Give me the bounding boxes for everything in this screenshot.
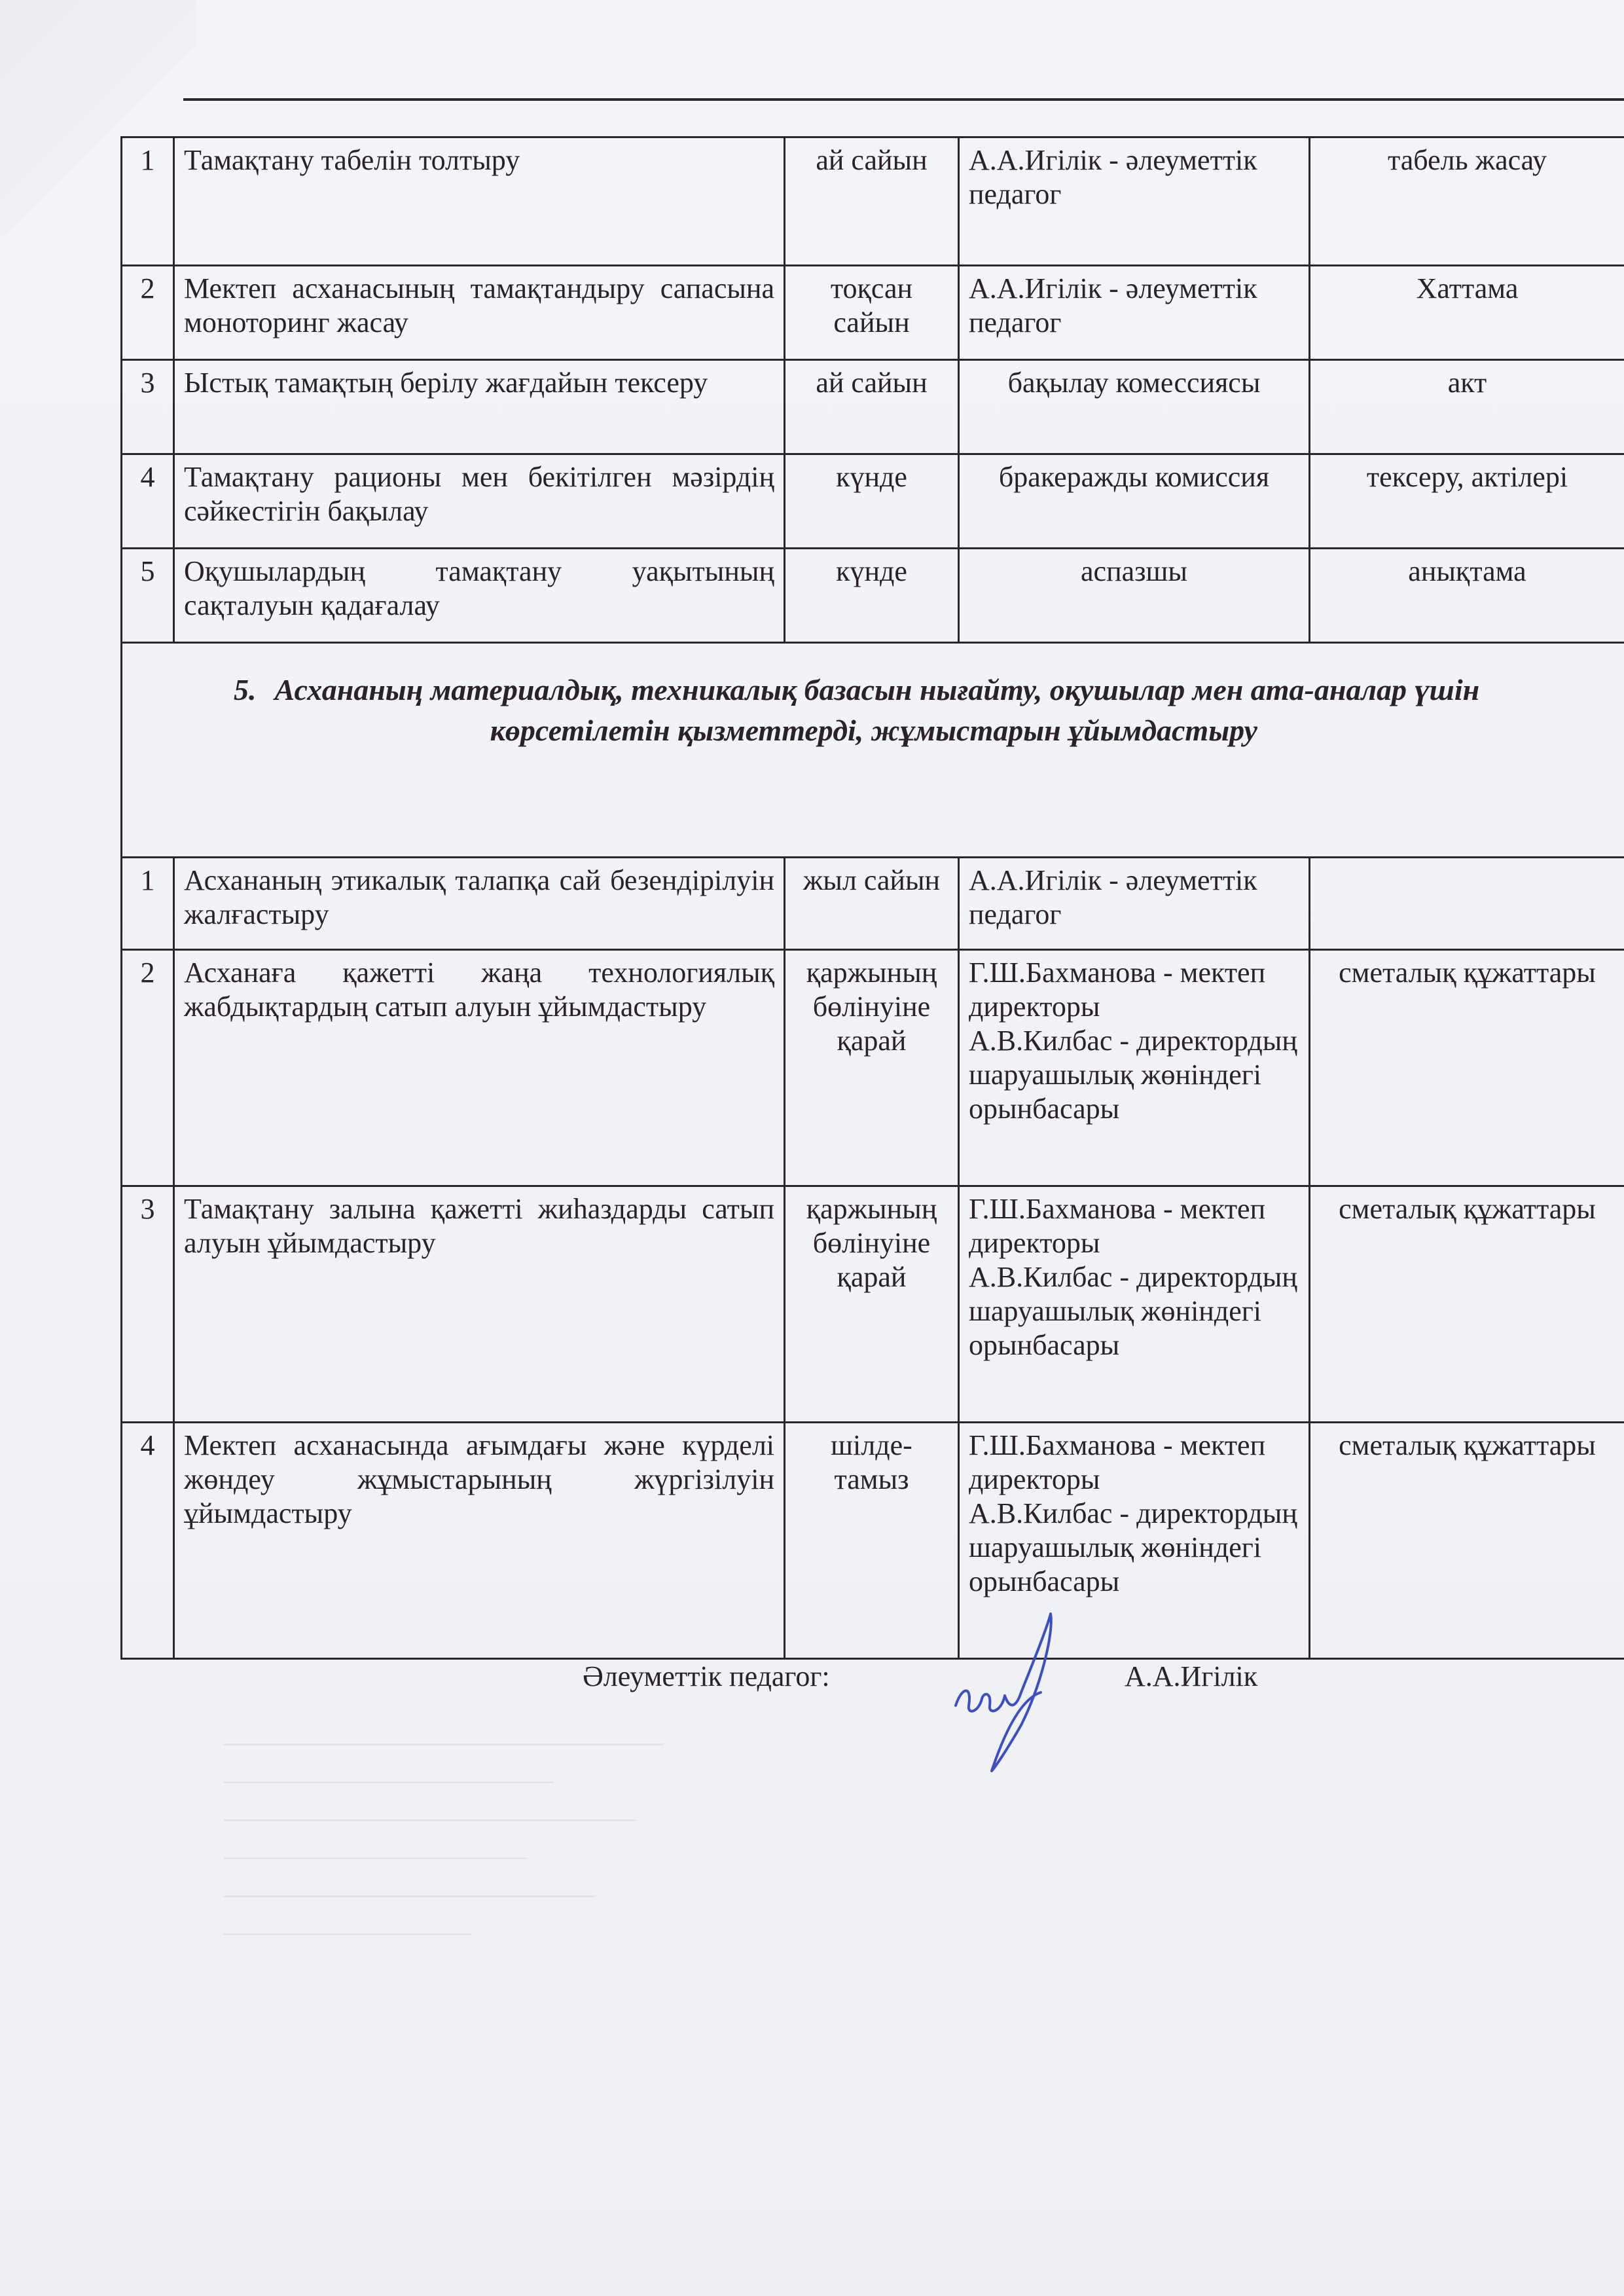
result-cell: сметалық құжаттары	[1310, 950, 1624, 1186]
table-row: 4 Тамақтану рационы мен бекітілген мәзір…	[122, 454, 1624, 549]
row-number: 2	[122, 266, 174, 360]
table-row: 3 Ыстық тамақтың берілу жағдайын тексеру…	[122, 360, 1624, 454]
task-cell: Мектеп асханасында ағымдағы және күрделі…	[174, 1423, 785, 1659]
row-number: 5	[122, 549, 174, 643]
row-number: 3	[122, 360, 174, 454]
handwritten-signature-icon	[943, 1607, 1074, 1777]
table-row: 1 Асхананың этикалық талапқа сай безенді…	[122, 858, 1624, 950]
period-cell: қаржының бөлінуіне қарай	[785, 950, 959, 1186]
task-cell: Асханаға қажетті жаңа технологиялық жабд…	[174, 950, 785, 1186]
result-cell: сметалық құжаттары	[1310, 1186, 1624, 1423]
responsible-cell: аспазшы	[959, 549, 1310, 643]
table-row: 5 Оқушылардың тамақтану уақытының сақтал…	[122, 549, 1624, 643]
row-number: 2	[122, 950, 174, 1186]
row-number: 4	[122, 1423, 174, 1659]
result-cell: табель жасау	[1310, 137, 1624, 266]
responsible-director: Г.Ш.Бахманова - мектеп директоры	[969, 956, 1299, 1024]
row-number: 3	[122, 1186, 174, 1423]
signatory-role: Әлеуметтік педагог:	[583, 1660, 830, 1693]
section-heading-row: 5.Асхананың материалдық, техникалық база…	[122, 643, 1624, 858]
section-heading: 5.Асхананың материалдық, техникалық база…	[122, 643, 1624, 858]
result-cell: анықтама	[1310, 549, 1624, 643]
responsible-cell: А.А.Игілік - әлеуметтік педагог	[959, 137, 1310, 266]
period-cell: ай сайын	[785, 137, 959, 266]
task-cell: Ыстық тамақтың берілу жағдайын тексеру	[174, 360, 785, 454]
responsible-cell: бақылау комессиясы	[959, 360, 1310, 454]
responsible-cell: А.А.Игілік - әлеуметтік педагог	[959, 266, 1310, 360]
section-title-line-1: Асхананың материалдық, техникалық базасы…	[275, 673, 1480, 706]
period-cell: күнде	[785, 549, 959, 643]
signature-block: Әлеуметтік педагог: А.А.Игілік	[0, 1640, 1624, 1745]
task-cell: Тамақтану залына қажетті жиһаздарды саты…	[174, 1186, 785, 1423]
period-cell: қаржының бөлінуіне қарай	[785, 1186, 959, 1423]
task-cell: Мектеп асханасының тамақтандыру сапасына…	[174, 266, 785, 360]
result-cell: тексеру, актілері	[1310, 454, 1624, 549]
table-top-rule	[183, 98, 1624, 101]
responsible-cell: бракеражды комиссия	[959, 454, 1310, 549]
responsible-deputy: А.В.Килбас - директордың шаруашылық жөні…	[969, 1497, 1299, 1599]
row-number: 1	[122, 858, 174, 950]
row-number: 1	[122, 137, 174, 266]
signatory-name: А.А.Игілік	[1125, 1660, 1257, 1693]
scanned-page: ________________________________ _______…	[0, 0, 1624, 2296]
section-number: 5.	[234, 670, 257, 710]
result-cell	[1310, 858, 1624, 950]
result-cell: сметалық құжаттары	[1310, 1423, 1624, 1659]
period-cell: тоқсан сайын	[785, 266, 959, 360]
responsible-deputy: А.В.Килбас - директордың шаруашылық жөні…	[969, 1260, 1299, 1362]
period-cell: ай сайын	[785, 360, 959, 454]
task-cell: Оқушылардың тамақтану уақытының сақталуы…	[174, 549, 785, 643]
section-title-line-2: көрсетілетін қызметтерді, жұмыстарын ұйы…	[122, 710, 1624, 751]
table-row: 4 Мектеп асханасында ағымдағы және күрде…	[122, 1423, 1624, 1659]
responsible-cell: Г.Ш.Бахманова - мектеп директоры А.В.Кил…	[959, 950, 1310, 1186]
responsible-deputy: А.В.Килбас - директордың шаруашылық жөні…	[969, 1024, 1299, 1126]
period-cell: жыл сайын	[785, 858, 959, 950]
responsible-cell: А.А.Игілік - әлеуметтік педагог	[959, 858, 1310, 950]
result-cell: акт	[1310, 360, 1624, 454]
result-cell: Хаттама	[1310, 266, 1624, 360]
responsible-director: Г.Ш.Бахманова - мектеп директоры	[969, 1192, 1299, 1260]
canteen-work-plan-table: 1 Тамақтану табелін толтыру ай сайын А.А…	[120, 136, 1624, 1660]
table-row: 1 Тамақтану табелін толтыру ай сайын А.А…	[122, 137, 1624, 266]
period-cell: күнде	[785, 454, 959, 549]
task-cell: Тамақтану рационы мен бекітілген мәзірді…	[174, 454, 785, 549]
responsible-cell: Г.Ш.Бахманова - мектеп директоры А.В.Кил…	[959, 1186, 1310, 1423]
period-cell: шілде-тамыз	[785, 1423, 959, 1659]
table-row: 3 Тамақтану залына қажетті жиһаздарды са…	[122, 1186, 1624, 1423]
table-row: 2 Асханаға қажетті жаңа технологиялық жа…	[122, 950, 1624, 1186]
row-number: 4	[122, 454, 174, 549]
task-cell: Асхананың этикалық талапқа сай безендірі…	[174, 858, 785, 950]
responsible-director: Г.Ш.Бахманова - мектеп директоры	[969, 1429, 1299, 1497]
task-cell: Тамақтану табелін толтыру	[174, 137, 785, 266]
table-row: 2 Мектеп асханасының тамақтандыру сапасы…	[122, 266, 1624, 360]
